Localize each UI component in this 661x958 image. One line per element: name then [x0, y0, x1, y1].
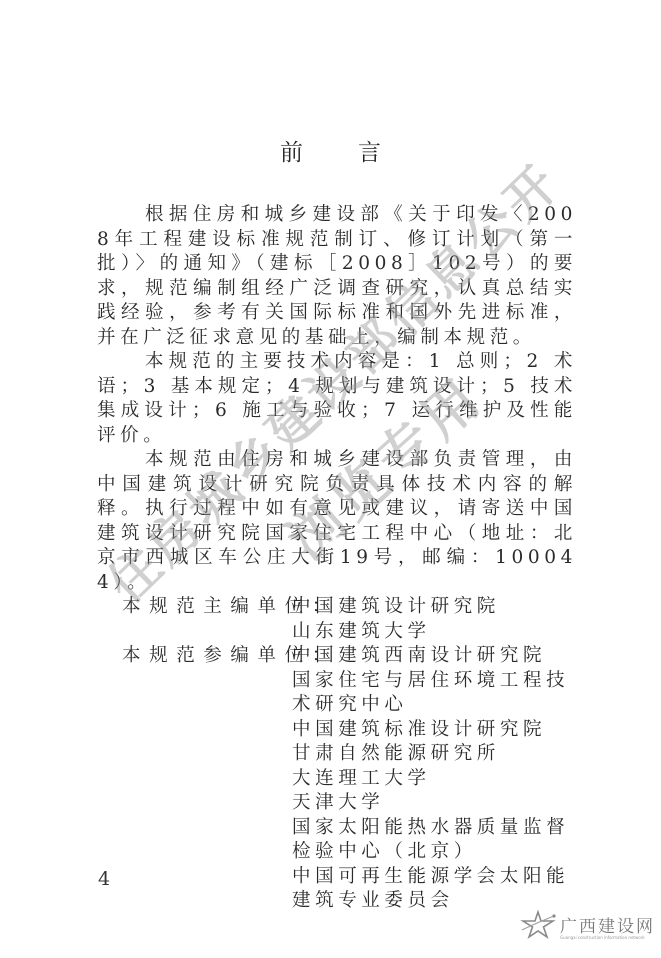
document-page: 前言 根据住房和城乡建设部《关于印发〈2008年工程建设标准规范制订、修订计划（…	[0, 0, 661, 958]
participating-unit: 中国建筑西南设计研究院	[292, 644, 577, 669]
page-title: 前言	[0, 134, 661, 167]
chief-editor-label: 本规范主编单位：	[97, 595, 292, 644]
chief-editor-list: 中国建筑设计研究院 山东建筑大学	[292, 595, 577, 644]
chief-editor-unit: 中国建筑设计研究院	[292, 595, 577, 620]
paragraph-background: 根据住房和城乡建设部《关于印发〈2008年工程建设标准规范制订、修订计划（第一批…	[97, 203, 577, 350]
paragraph-management: 本规范由住房和城乡建设部负责管理，由中国建筑设计研究院负责具体技术内容的解释。执…	[97, 448, 577, 595]
participating-unit: 国家太阳能热水器质量监督检验中心（北京）	[292, 816, 577, 865]
participating-unit: 中国建筑标准设计研究院	[292, 718, 577, 743]
page-number: 4	[98, 868, 110, 890]
chief-editor-unit: 山东建筑大学	[292, 620, 577, 645]
participating-unit: 甘肃自然能源研究所	[292, 742, 577, 767]
logo-subtitle: Guangxi construction information network	[560, 935, 645, 940]
participating-unit: 天津大学	[292, 791, 577, 816]
participating-editors-section: 本规范参编单位： 中国建筑西南设计研究院 国家住宅与居住环境工程技术研究中心 中…	[97, 644, 577, 914]
chief-editor-section: 本规范主编单位： 中国建筑设计研究院 山东建筑大学	[97, 595, 577, 644]
participating-editors-list: 中国建筑西南设计研究院 国家住宅与居住环境工程技术研究中心 中国建筑标准设计研究…	[292, 644, 577, 914]
participating-unit: 大连理工大学	[292, 767, 577, 792]
title-char-2: 言	[358, 134, 381, 167]
title-char-1: 前	[280, 134, 303, 167]
paragraph-contents: 本规范的主要技术内容是：1 总则；2 术语；3 基本规定；4 规划与建筑设计；5…	[97, 350, 577, 448]
participating-unit: 中国可再生能源学会太阳能建筑专业委员会	[292, 865, 577, 914]
star-icon	[520, 910, 556, 940]
document-body: 根据住房和城乡建设部《关于印发〈2008年工程建设标准规范制订、修订计划（第一批…	[97, 203, 577, 914]
logo-title: 广西建设网	[560, 912, 655, 937]
site-logo: 广西建设网 Guangxi construction information n…	[520, 908, 661, 948]
participating-editors-label: 本规范参编单位：	[97, 644, 292, 914]
participating-unit: 国家住宅与居住环境工程技术研究中心	[292, 669, 577, 718]
